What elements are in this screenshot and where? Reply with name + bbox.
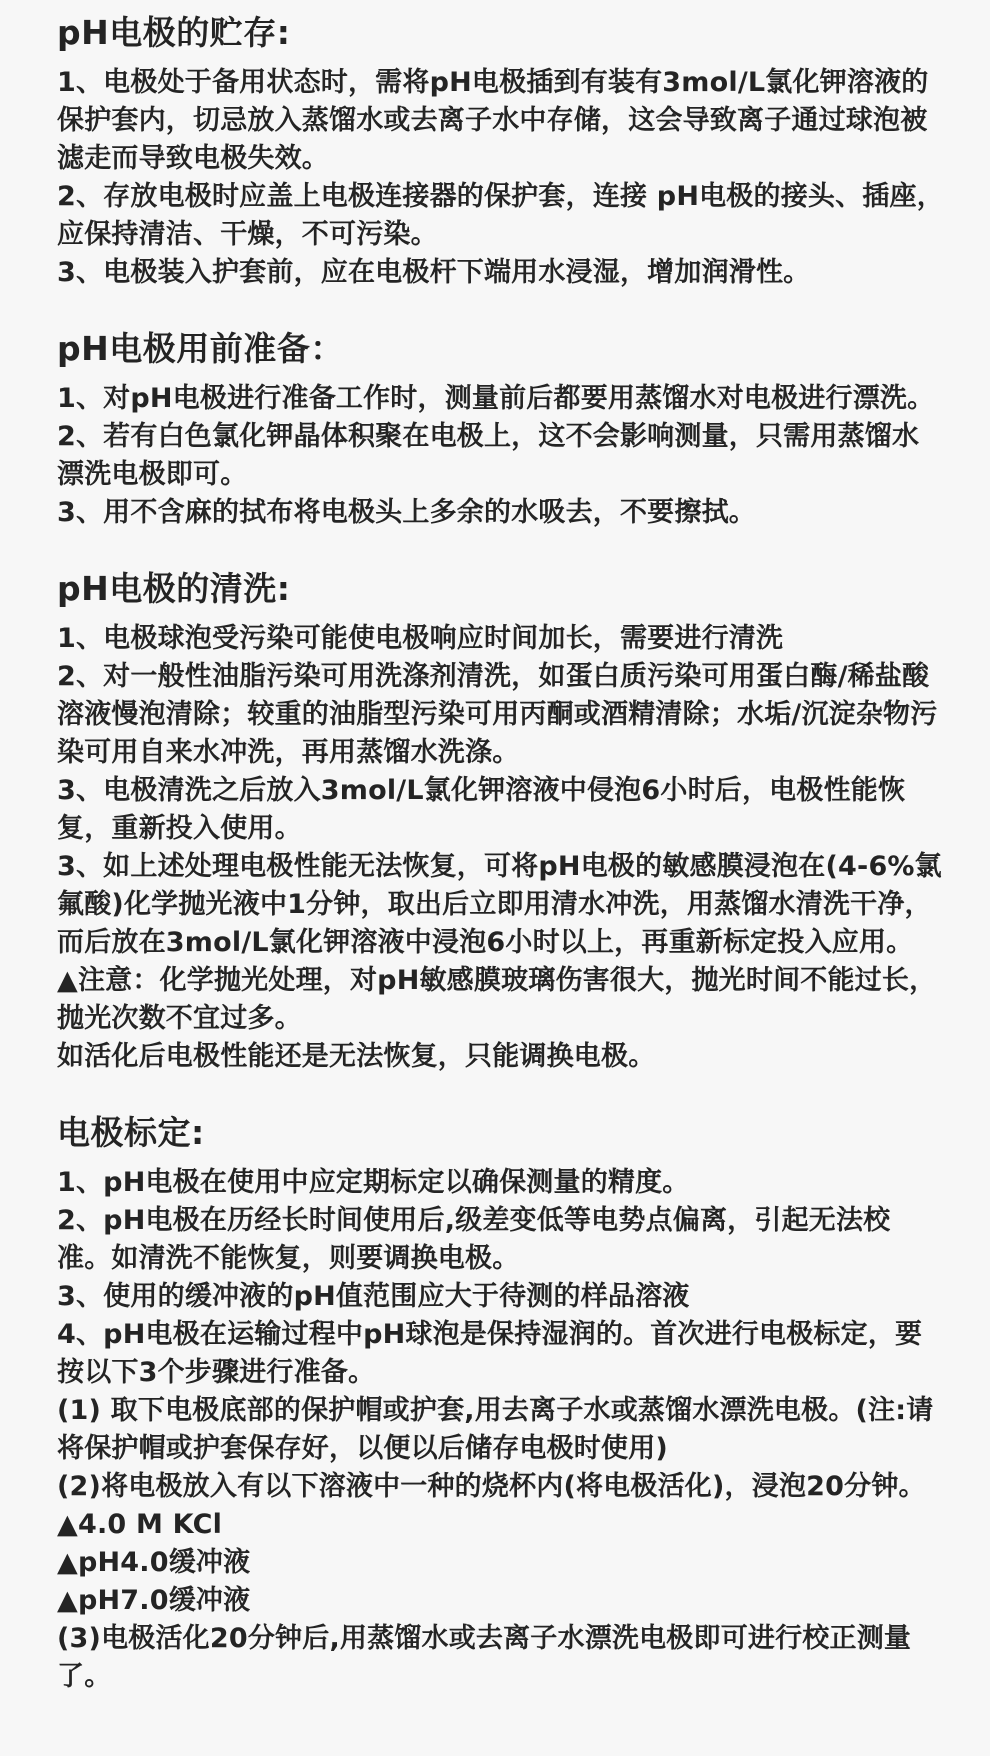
section-heading-calibration: 电极标定: [57, 1110, 944, 1156]
section-calibration: 电极标定: 1、pH电极在使用中应定期标定以确保测量的精度。 2、pH电极在历经… [57, 1110, 944, 1696]
section-heading-cleaning: pH电极的清洗: [57, 566, 944, 612]
list-item: 1、电极处于备用状态时，需将pH电极插到有装有3mol/L氯化钾溶液的保护套内，… [57, 64, 944, 178]
bullet-item: ▲pH7.0缓冲液 [57, 1582, 944, 1620]
list-item: 3、用不含麻的拭布将电极头上多余的水吸去，不要擦拭。 [57, 494, 944, 532]
list-item: 4、pH电极在运输过程中pH球泡是保持湿润的。首次进行电极标定，要按以下3个步骤… [57, 1316, 944, 1392]
bullet-item: ▲pH4.0缓冲液 [57, 1544, 944, 1582]
section-preparation: pH电极用前准备： 1、对pH电极进行准备工作时，测量前后都要用蒸馏水对电极进行… [57, 326, 944, 532]
section-cleaning: pH电极的清洗: 1、电极球泡受污染可能使电极响应时间加长，需要进行清洗 2、对… [57, 566, 944, 1076]
section-storage: pH电极的贮存: 1、电极处于备用状态时，需将pH电极插到有装有3mol/L氯化… [57, 10, 944, 292]
list-item: 2、存放电极时应盖上电极连接器的保护套，连接 pH电极的接头、插座，应保持清洁、… [57, 178, 944, 254]
list-item: 1、电极球泡受污染可能使电极响应时间加长，需要进行清洗 [57, 620, 944, 658]
list-item: 2、若有白色氯化钾晶体积聚在电极上，这不会影响测量，只需用蒸馏水漂洗电极即可。 [57, 418, 944, 494]
step-item: (2)将电极放入有以下溶液中一种的烧杯内(将电极活化)，浸泡20分钟。 [57, 1468, 944, 1506]
list-item: 3、如上述处理电极性能无法恢复，可将pH电极的敏感膜浸泡在(4-6%氯氟酸)化学… [57, 848, 944, 962]
bullet-item: ▲4.0 M KCl [57, 1506, 944, 1544]
list-item: 如活化后电极性能还是无法恢复，只能调换电极。 [57, 1038, 944, 1076]
ph-electrode-instructions-page: pH电极的贮存: 1、电极处于备用状态时，需将pH电极插到有装有3mol/L氯化… [0, 0, 990, 1756]
step-item: (3)电极活化20分钟后,用蒸馏水或去离子水漂洗电极即可进行校正测量了。 [57, 1620, 944, 1696]
note-item: ▲注意：化学抛光处理，对pH敏感膜玻璃伤害很大，抛光时间不能过长，抛光次数不宜过… [57, 962, 944, 1038]
list-item: 2、对一般性油脂污染可用洗涤剂清洗，如蛋白质污染可用蛋白酶/稀盐酸溶液慢泡清除；… [57, 658, 944, 772]
step-item: (1) 取下电极底部的保护帽或护套,用去离子水或蒸馏水漂洗电极。(注:请将保护帽… [57, 1392, 944, 1468]
list-item: 3、使用的缓冲液的pH值范围应大于待测的样品溶液 [57, 1278, 944, 1316]
section-heading-preparation: pH电极用前准备： [57, 326, 944, 372]
list-item: 3、电极清洗之后放入3mol/L氯化钾溶液中侵泡6小时后，电极性能恢复，重新投入… [57, 772, 944, 848]
list-item: 3、电极装入护套前，应在电极杆下端用水浸湿，增加润滑性。 [57, 254, 944, 292]
list-item: 1、对pH电极进行准备工作时，测量前后都要用蒸馏水对电极进行漂洗。 [57, 380, 944, 418]
list-item: 1、pH电极在使用中应定期标定以确保测量的精度。 [57, 1164, 944, 1202]
section-heading-storage: pH电极的贮存: [57, 10, 944, 56]
list-item: 2、pH电极在历经长时间使用后,级差变低等电势点偏离，引起无法校准。如清洗不能恢… [57, 1202, 944, 1278]
